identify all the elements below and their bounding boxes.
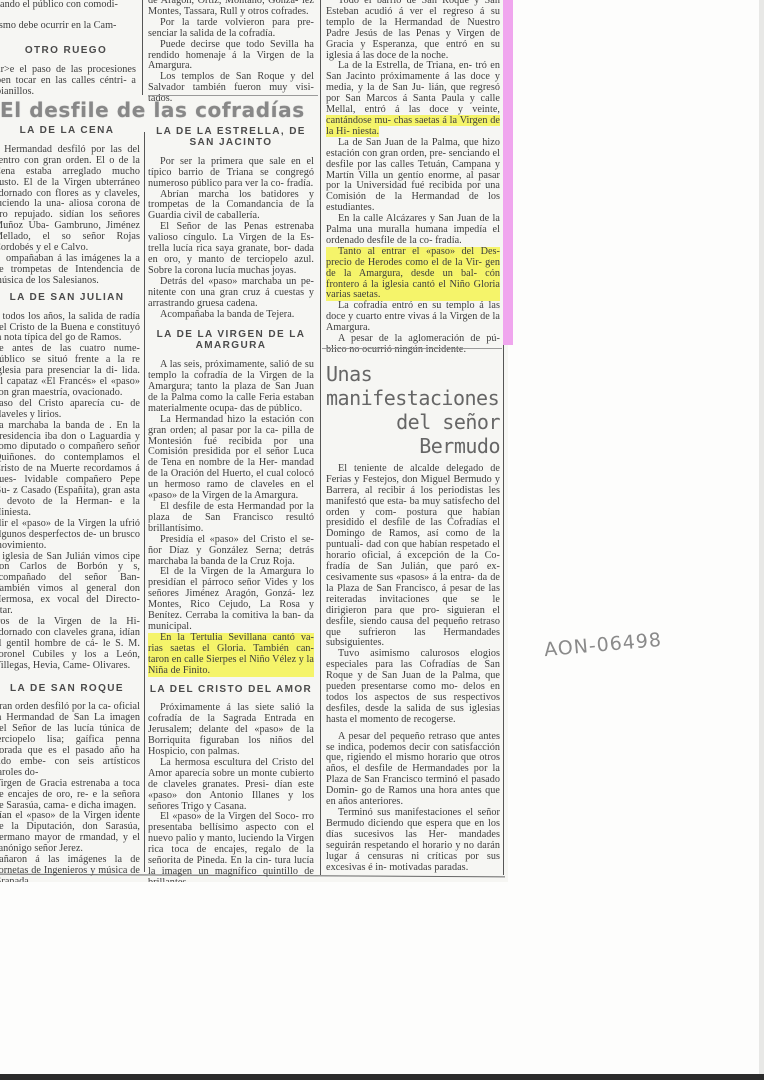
highlighted-paragraph: Tanto al entrar el «paso» del Des- preci… <box>326 247 500 302</box>
paragraph: La de San Juan de la Palma, que hizo est… <box>326 138 500 214</box>
text-line: ismo debe ocurrir en la Cam- <box>0 21 136 32</box>
paragraph: alir el «paso» de la Virgen la ufrió alg… <box>0 519 140 552</box>
newspaper-clipping: sando el público con comodi- ismo debe o… <box>0 0 508 882</box>
subheading-san-roque: LA DE SAN ROQUE <box>0 684 140 695</box>
paragraph: Puede decirse que todo Sevilla ha rendid… <box>148 40 314 73</box>
paragraph: ompañaban á las imágenes la a de trompet… <box>0 254 140 287</box>
paragraph: La hermosa escultura del Cristo del Amor… <box>148 758 314 813</box>
paragraph: El «paso» de la Virgen del Soco- rro pre… <box>148 812 314 882</box>
column-rule <box>142 0 143 95</box>
paragraph: Terminó sus manifestaciones el señor Ber… <box>326 808 500 873</box>
text-span: La de la Estrella, de Triana, en- tró en… <box>326 60 500 115</box>
column-rule <box>144 132 145 872</box>
paragraph: dían el «paso» de la Virgen idente de la… <box>0 811 140 855</box>
archive-code-handwritten: AON-06498 <box>543 629 663 661</box>
paragraph: na marchaba la banda de . En la presiden… <box>0 421 140 519</box>
scan-bottom-border <box>0 1074 764 1080</box>
pink-highlight-margin <box>503 0 513 345</box>
column-2: LA DE LA ESTRELLA, DE SAN JACINTO Por se… <box>148 124 314 882</box>
highlighted-text: cantándose mu- chas saetas á la Virgen d… <box>326 115 500 137</box>
paragraph: A pesar del pequeño retraso que antes se… <box>326 732 500 808</box>
paragraph: o todos los años, la salida de radía del… <box>0 312 140 345</box>
column-rule <box>320 0 321 875</box>
bermudo-headline-line-2: del señor Bermudo <box>326 410 500 458</box>
subheading-san-julian: LA DE SAN JULIAN <box>0 293 140 304</box>
subheading-cristo-del-amor: LA DEL CRISTO DEL AMOR <box>148 685 314 696</box>
paragraph: ar>e el paso de las procesiones ben toca… <box>0 65 136 98</box>
paragraph: La de la Estrella, de Triana, en- tró en… <box>326 61 500 137</box>
paragraph: a Hermandad desfiló por las del centro c… <box>0 145 140 254</box>
paragraph: gran orden desfiló por la ca- oficial la… <box>0 702 140 778</box>
paragraph: de Aragón, Ortiz, Montaño, Gonzá- lez Mo… <box>148 0 314 18</box>
paragraph: Detrás del «paso» marchaba un pe- nitent… <box>148 277 314 310</box>
highlighted-paragraph: En la Tertulia Sevillana cantó va- rias … <box>148 633 314 677</box>
subheading-otro-ruego: OTRO RUEGO <box>0 46 136 57</box>
subheading-la-estrella: LA DE LA ESTRELLA, DE SAN JACINTO <box>148 127 314 149</box>
paragraph: En la calle Alcázares y San Juan de la P… <box>326 214 500 247</box>
column-3: Todo el barrio de San Roque y San Esteba… <box>326 0 500 882</box>
section-rule <box>322 348 502 349</box>
paragraph: Por ser la primera que sale en el típico… <box>148 157 314 190</box>
paragraph: Los templos de San Roque y del Salvador … <box>148 72 314 105</box>
paragraph: La cofradía entró en su templo á las doc… <box>326 301 500 334</box>
paragraph: Acompañaba la banda de Tejera. <box>148 310 314 321</box>
column-1: LA DE LA CENA a Hermandad desfiló por la… <box>0 124 140 882</box>
column-2-top: de Aragón, Ortiz, Montaño, Gonzá- lez Mo… <box>148 0 314 105</box>
scan-edge <box>759 0 764 1080</box>
paragraph: Todo el barrio de San Roque y San Esteba… <box>326 0 500 61</box>
subheading-la-cena: LA DE LA CENA <box>0 126 140 137</box>
paragraph: El de la Virgen de la Amargura lo presid… <box>148 567 314 632</box>
column-1-top: sando el público con comodi- ismo debe o… <box>0 0 136 97</box>
paragraph: pañaron á las imágenes la de cornetas de… <box>0 855 140 882</box>
bermudo-headline-line-1: Unas manifestaciones <box>326 362 500 410</box>
paragraph: El Señor de las Penas estrenaba valioso … <box>148 222 314 277</box>
paragraph: La Hermandad hizo la estación con gran o… <box>148 415 314 502</box>
section-rule <box>148 95 318 96</box>
paragraph: de antes de las cuatro nume- público se … <box>0 344 140 399</box>
paragraph: Virgen de Gracia estrenaba a toca de enc… <box>0 779 140 812</box>
column-rule <box>503 345 504 875</box>
paragraph: Presidía el «paso» del Cristo el se- ñor… <box>148 535 314 568</box>
paragraph: El teniente de alcalde delegado de Feria… <box>326 464 500 649</box>
paragraph: El desfile de esta Hermandad por la plaz… <box>148 502 314 535</box>
paragraph: A pesar de la aglomeración de pú- blico … <box>326 334 500 356</box>
text-line: sando el público con comodi- <box>0 0 136 11</box>
subheading-amargura: LA DE LA VIRGEN DE LA AMARGURA <box>148 330 314 352</box>
paragraph: Tuvo asimismo calurosos elogios especial… <box>326 649 500 725</box>
paragraph: a iglesia de San Julián vimos cipe don C… <box>0 552 140 617</box>
paragraph: Próximamente á las siete salió la cofrad… <box>148 703 314 758</box>
paragraph: Por la tarde volvieron para pre- senciar… <box>148 18 314 40</box>
paragraph: tros de la Virgen de la Hi- adornado con… <box>0 617 140 672</box>
paragraph: paso del Cristo aparecía cu- de claveles… <box>0 399 140 421</box>
paragraph: Abrían marcha los batidores y trompetas … <box>148 190 314 223</box>
paragraph: A las seis, próximamente, salió de su te… <box>148 360 314 415</box>
